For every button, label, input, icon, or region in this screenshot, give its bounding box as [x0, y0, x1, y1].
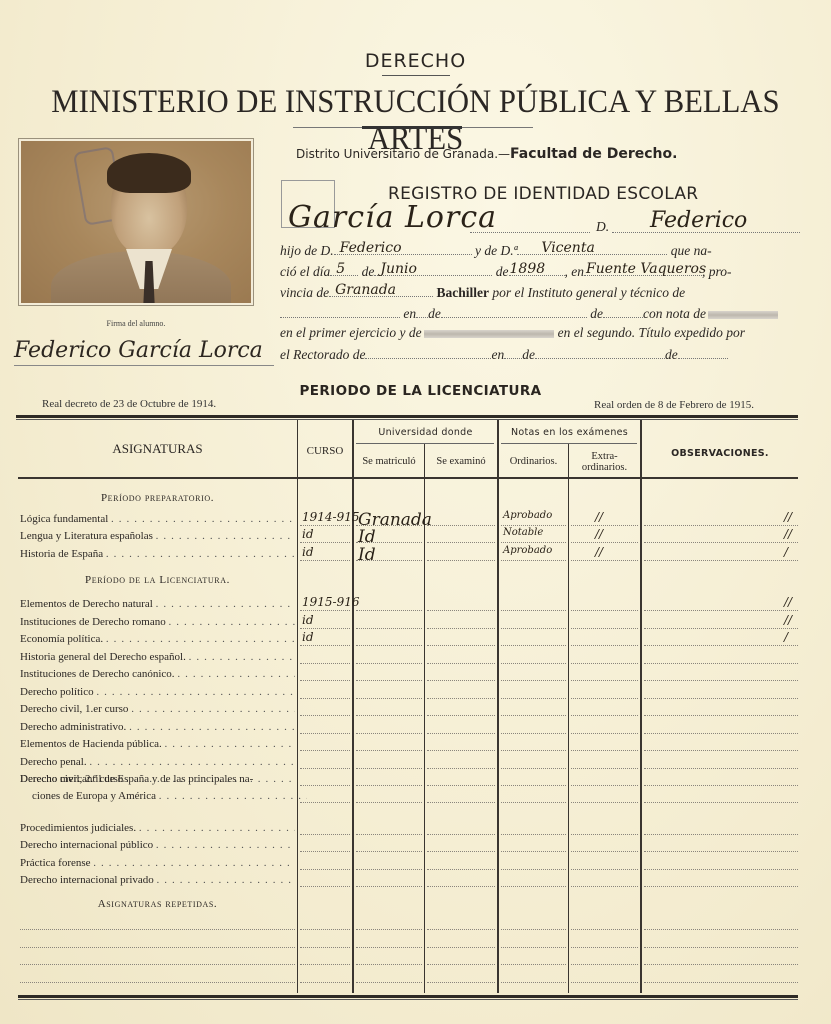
table-top-rule — [16, 419, 798, 420]
cell-line — [644, 834, 798, 835]
cell-line — [427, 715, 495, 716]
cell-line — [571, 869, 638, 870]
label: por el Instituto general y técnico de — [492, 285, 685, 300]
repeated-row-line — [644, 964, 798, 965]
dotted-line — [504, 345, 522, 359]
student-signature: Federico García Lorca — [14, 338, 274, 366]
first-name-field: Federico — [650, 208, 747, 233]
cell-line — [427, 785, 495, 786]
cell-line — [571, 750, 638, 751]
cell-line — [300, 733, 350, 734]
repeated-row-line — [427, 929, 495, 930]
cell-line — [644, 542, 798, 543]
repeated-row-line — [644, 947, 798, 948]
cell-line — [571, 663, 638, 664]
cell-line — [427, 869, 495, 870]
cell-line — [356, 851, 422, 852]
cell-line — [300, 785, 350, 786]
repeated-row-line — [356, 982, 422, 983]
cell-line — [300, 802, 350, 803]
label: con nota de — [643, 306, 706, 321]
cell-line — [501, 733, 566, 734]
redacted-bar — [424, 330, 554, 338]
subject-label: Elementos de Derecho natural ...........… — [20, 598, 295, 610]
label: de — [362, 264, 375, 279]
divider — [362, 126, 462, 129]
cell-line — [300, 851, 350, 852]
subject-label: Derecho internacional privado ..........… — [20, 874, 295, 886]
label: y de D.ª — [475, 243, 517, 258]
section-licenciatura: Período de la Licenciatura. — [18, 574, 297, 586]
cell-line — [571, 802, 638, 803]
col-se-matriculo: Se matriculó — [354, 456, 424, 467]
period-title: PERIODO DE LA LICENCIATURA — [0, 383, 831, 399]
cell-line — [356, 610, 422, 611]
column-divider — [352, 420, 354, 993]
cell-ordinarios: Aprobado — [503, 510, 552, 521]
col-extraordinarios: Extra- ordinarios. — [569, 451, 640, 473]
cell-line — [300, 715, 350, 716]
cell-line — [571, 610, 638, 611]
cell-line — [501, 663, 566, 664]
cell-line — [300, 645, 350, 646]
cell-line — [300, 560, 350, 561]
value: 5 — [336, 261, 345, 277]
col-ordinarios: Ordinarios. — [499, 456, 568, 467]
cell-obs: // — [784, 527, 792, 541]
student-photo — [18, 138, 254, 306]
cell-line — [356, 680, 422, 681]
cell-obs: / — [784, 545, 788, 559]
column-divider — [497, 420, 499, 993]
cell-line — [300, 628, 350, 629]
cell-line — [644, 610, 798, 611]
redacted-bar — [708, 311, 778, 319]
repeated-row-line — [427, 964, 495, 965]
dotted-line — [365, 345, 491, 359]
cell-ordinarios: Aprobado — [503, 545, 552, 556]
repeated-row-line — [300, 947, 350, 948]
subject-label: Historia de España .....................… — [20, 548, 295, 560]
cell-line — [427, 750, 495, 751]
section-preparatorio: Período preparatorio. — [18, 492, 297, 504]
cell-obs: // — [784, 595, 792, 609]
repeated-row-line — [501, 982, 566, 983]
cell-curso: id — [302, 527, 314, 541]
subject-label: Procedimientos judiciales. .............… — [20, 822, 295, 834]
cell-line — [356, 802, 422, 803]
cell-line — [501, 560, 566, 561]
cell-line — [644, 851, 798, 852]
signature-caption: Firma del alumno. — [18, 319, 254, 328]
dotted-line — [535, 345, 665, 359]
cell-extra: // — [595, 527, 603, 541]
dotted-line — [416, 304, 428, 318]
subject-label: Instituciones de Derecho canónico. .....… — [20, 668, 295, 680]
cell-curso: 1915-916 — [302, 595, 360, 609]
subject-label: Derecho administrativo. ................… — [20, 721, 295, 733]
cell-line — [356, 663, 422, 664]
cell-obs: // — [784, 613, 792, 627]
faculty-label: Facultad de Derecho. — [510, 146, 677, 162]
repeated-row-line — [501, 929, 566, 930]
cell-line — [644, 628, 798, 629]
cell-line — [501, 628, 566, 629]
don-label: D. — [596, 219, 609, 235]
col-universidad: Universidad donde — [354, 427, 497, 438]
repeated-row-line — [300, 964, 350, 965]
cell-line — [501, 698, 566, 699]
subject-label: Derecho mercantil de España y de las pri… — [20, 773, 295, 785]
district-label: Distrito Universitario de Granada.— — [296, 147, 510, 161]
cell-matriculo: Id — [358, 545, 376, 565]
repeated-row-line — [356, 964, 422, 965]
cell-line — [571, 680, 638, 681]
table-bottom-rule — [18, 995, 798, 998]
repeated-row-line — [300, 929, 350, 930]
subject-label: Historia general del Derecho español. ..… — [20, 651, 295, 663]
col-asignaturas: ASIGNATURAS — [18, 441, 297, 457]
section-repetidas: Asignaturas repetidas. — [18, 898, 297, 910]
repeated-row-line — [644, 929, 798, 930]
cell-extra: // — [595, 545, 603, 559]
cell-line — [427, 610, 495, 611]
cell-line — [501, 869, 566, 870]
subject-label: ciones de Europa y América .............… — [32, 790, 307, 802]
cell-line — [571, 525, 638, 526]
repeated-row-line — [571, 964, 638, 965]
cell-line — [300, 525, 350, 526]
col-se-examino: Se examinó — [425, 456, 497, 467]
subject-label: Derecho político .......................… — [20, 686, 295, 698]
cell-matriculo: Id — [358, 527, 376, 547]
repeated-row-line — [571, 982, 638, 983]
column-divider — [297, 420, 298, 993]
label: ordinarios. — [569, 462, 640, 473]
value: Granada — [335, 282, 396, 298]
cell-extra: // — [595, 510, 603, 524]
cell-line — [501, 802, 566, 803]
cell-line — [644, 525, 798, 526]
cell-line — [356, 834, 422, 835]
repeated-row-line — [571, 929, 638, 930]
label: hijo de D. — [280, 243, 334, 258]
cell-line — [571, 628, 638, 629]
cell-line — [501, 768, 566, 769]
cell-line — [427, 542, 495, 543]
cell-line — [571, 785, 638, 786]
cell-line — [644, 680, 798, 681]
cell-line — [427, 851, 495, 852]
dotted-line — [441, 304, 587, 318]
cell-line — [356, 750, 422, 751]
cell-obs: / — [784, 630, 788, 644]
repeated-row-line — [20, 929, 295, 930]
col-observaciones: OBSERVACIONES. — [642, 448, 798, 459]
father-field: Federico — [334, 241, 472, 255]
decree-right: Real orden de 8 de Febrero de 1915. — [594, 399, 754, 411]
col-notas: Notas en los exámenes — [499, 427, 640, 438]
cell-line — [300, 886, 350, 887]
subject-label: Lógica fundamental .....................… — [20, 513, 295, 525]
cell-obs: // — [784, 510, 792, 524]
cell-line — [644, 715, 798, 716]
table-top-rule — [16, 415, 798, 418]
cell-line — [501, 542, 566, 543]
repeated-row-line — [356, 929, 422, 930]
month-field: Junio — [374, 262, 492, 276]
label: en — [403, 306, 416, 321]
value: Junio — [380, 261, 417, 277]
cell-line — [356, 733, 422, 734]
dotted-line — [603, 304, 643, 318]
cell-line — [644, 869, 798, 870]
column-divider — [640, 420, 642, 993]
parents-line: hijo de D.Federico y de D.ªVicenta que n… — [280, 241, 800, 261]
subject-label: Lengua y Literatura españolas ..........… — [20, 530, 295, 542]
cell-line — [427, 628, 495, 629]
cell-line — [356, 886, 422, 887]
cell-line — [300, 750, 350, 751]
bachiller-label: Bachiller — [436, 285, 489, 300]
repeated-row-line — [427, 982, 495, 983]
label: de — [590, 306, 603, 321]
cell-line — [501, 750, 566, 751]
cell-line — [300, 542, 350, 543]
col-curso: CURSO — [298, 445, 352, 457]
header-bottom-rule — [18, 477, 798, 479]
cell-line — [571, 542, 638, 543]
decree-left: Real decreto de 23 de Octubre de 1914. — [42, 398, 216, 410]
cell-line — [644, 886, 798, 887]
cell-line — [644, 645, 798, 646]
repeated-row-line — [20, 964, 295, 965]
subject-label: Economía política. .....................… — [20, 633, 295, 645]
birth-line: ció el día5 deJunio de1898, enFuente Vaq… — [280, 262, 800, 282]
label: que na- — [671, 243, 712, 258]
surname-field: García Lorca — [288, 200, 497, 235]
cell-line — [427, 525, 495, 526]
cell-line — [356, 715, 422, 716]
cell-line — [571, 733, 638, 734]
title-line: el Rectorado deendede — [280, 345, 800, 365]
cell-line — [300, 768, 350, 769]
faculty-tag: DERECHO — [0, 50, 831, 72]
cell-line — [427, 680, 495, 681]
cell-line — [356, 698, 422, 699]
cell-line — [501, 834, 566, 835]
cell-line — [300, 663, 350, 664]
label: de — [665, 347, 678, 362]
cell-line — [356, 768, 422, 769]
value: 1898 — [510, 261, 546, 277]
divider — [501, 443, 637, 444]
cell-line — [356, 645, 422, 646]
cell-line — [356, 628, 422, 629]
cell-line — [571, 768, 638, 769]
cell-line — [644, 698, 798, 699]
cell-line — [644, 785, 798, 786]
cell-line — [501, 680, 566, 681]
year-field: 1898 — [509, 262, 565, 276]
cell-line — [571, 851, 638, 852]
province-line: vincia deGranada Bachiller por el Instit… — [280, 283, 800, 303]
birthplace-field: Fuente Vaqueros — [584, 262, 702, 276]
label: en el primer ejercicio y de — [280, 325, 422, 340]
cell-line — [427, 886, 495, 887]
repeated-row-line — [427, 947, 495, 948]
label: de — [496, 264, 509, 279]
repeated-row-line — [644, 982, 798, 983]
cell-line — [427, 802, 495, 803]
repeated-row-line — [501, 964, 566, 965]
repeated-row-line — [300, 982, 350, 983]
cell-curso: id — [302, 545, 314, 559]
mother-field: Vicenta — [517, 241, 667, 255]
cell-line — [644, 560, 798, 561]
cell-line — [427, 663, 495, 664]
label: vincia de — [280, 285, 329, 300]
cell-line — [571, 698, 638, 699]
cell-curso: id — [302, 613, 314, 627]
cell-line — [501, 525, 566, 526]
day-field: 5 — [330, 262, 358, 276]
cell-line — [501, 851, 566, 852]
repeated-row-line — [20, 982, 295, 983]
cell-line — [427, 834, 495, 835]
cell-line — [300, 834, 350, 835]
value: Vicenta — [541, 240, 594, 256]
label: el Rectorado de — [280, 347, 365, 362]
cell-line — [427, 560, 495, 561]
cell-line — [356, 869, 422, 870]
divider — [356, 443, 494, 444]
value: Federico — [340, 240, 402, 256]
value: Fuente Vaqueros — [586, 261, 706, 277]
district-line: Distrito Universitario de Granada.—Facul… — [296, 146, 677, 162]
cell-line — [300, 610, 350, 611]
label: en — [491, 347, 504, 362]
subject-label: Derecho civil, 1.er curso ..............… — [20, 703, 295, 715]
cell-line — [427, 733, 495, 734]
cell-line — [427, 698, 495, 699]
subject-label: Derecho internacional público ..........… — [20, 839, 295, 851]
subject-label: Instituciones de Derecho romano ........… — [20, 616, 295, 628]
cell-line — [644, 733, 798, 734]
column-divider — [568, 444, 569, 993]
cell-line — [356, 785, 422, 786]
subject-label: Elementos de Hacienda pública. .........… — [20, 738, 295, 750]
table-bottom-rule — [18, 999, 798, 1000]
cell-line — [571, 645, 638, 646]
label: ció el día — [280, 264, 330, 279]
cell-line — [501, 785, 566, 786]
cell-line — [300, 698, 350, 699]
cell-line — [571, 715, 638, 716]
repeated-row-line — [356, 947, 422, 948]
cell-line — [644, 768, 798, 769]
cell-line — [427, 768, 495, 769]
label: de — [522, 347, 535, 362]
cell-line — [501, 645, 566, 646]
label: , pro- — [702, 264, 732, 279]
cell-ordinarios: Notable — [503, 527, 543, 538]
cell-line — [644, 802, 798, 803]
dotted-line — [678, 345, 728, 359]
cell-line — [571, 886, 638, 887]
label: , en — [565, 264, 585, 279]
subject-label: Derecho penal. .........................… — [20, 756, 295, 768]
cell-line — [300, 869, 350, 870]
divider — [382, 75, 450, 76]
cell-curso: id — [302, 630, 314, 644]
cell-line — [571, 560, 638, 561]
repeated-row-line — [501, 947, 566, 948]
institute-field — [280, 304, 400, 318]
dotted-line — [470, 232, 590, 233]
label: de — [428, 306, 441, 321]
repeated-row-line — [571, 947, 638, 948]
exam-line: ende decon nota de — [280, 304, 800, 324]
cell-line — [501, 715, 566, 716]
label: en el segundo. Título expedido por — [558, 325, 745, 340]
cell-curso: 1914-915 — [302, 510, 360, 524]
cell-line — [501, 610, 566, 611]
label: Extra- — [569, 451, 640, 462]
cell-line — [644, 750, 798, 751]
cell-line — [644, 663, 798, 664]
province-field: Granada — [329, 283, 433, 297]
cell-line — [300, 680, 350, 681]
repeated-row-line — [20, 947, 295, 948]
cell-line — [571, 834, 638, 835]
subject-label: Práctica forense .......................… — [20, 857, 295, 869]
cell-line — [427, 645, 495, 646]
cell-line — [501, 886, 566, 887]
exercise-line: en el primer ejercicio y deen el segundo… — [280, 325, 800, 345]
